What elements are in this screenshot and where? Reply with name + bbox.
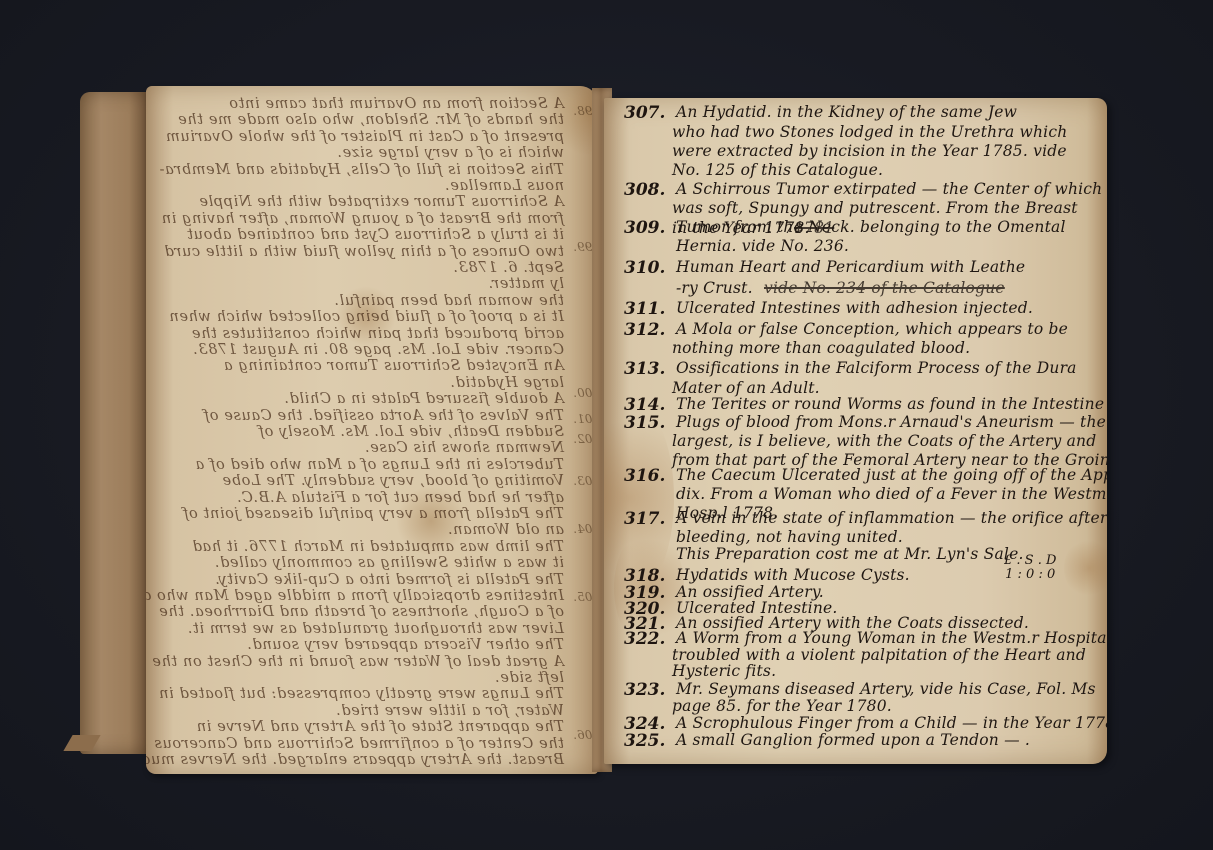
entry-text-line: dix. From a Woman who died of a Fever in… [676, 485, 1107, 503]
entry-text-line: Hydatids with Mucose Cysts. [676, 566, 910, 584]
left-page-line: Liver was throughout granulated as we te… [180, 621, 564, 637]
left-page-line: the woman had been painful. [180, 293, 564, 309]
entry-text-line: A Worm from a Young Woman in the Westm.r… [676, 629, 1107, 647]
cost-annotation: £ . S . D 1 : 0 : 0 [1004, 554, 1056, 582]
left-page-line: The limb was amputated in March 1776. it… [180, 539, 564, 555]
cost-value: 1 : 0 : 0 [1004, 568, 1056, 582]
entry-number: 312. [624, 320, 672, 340]
left-page-line: which is of a very large size. [180, 145, 564, 161]
book-cover-edge [80, 92, 150, 754]
left-page-line: acrid produced that pain which constitut… [180, 326, 564, 342]
entry-text-line: This Preparation cost me at Mr. Lyn's Sa… [676, 545, 1024, 563]
left-page-line: it was a white Swelling as commonly call… [180, 555, 564, 571]
left-page: 298.299.300.301.302.303.304.305.306. A S… [146, 86, 598, 774]
entry-text-line: Plugs of blood from Mons.r Arnaud's Aneu… [676, 413, 1106, 431]
entry-number: 308. [624, 180, 672, 200]
left-page-line: A double fissured Palate in a Child. [180, 391, 564, 407]
left-page-line: of a Cough, shortness of breath and Diar… [180, 604, 564, 620]
entry-number: 313. [624, 359, 672, 379]
entry-number: 322. [624, 629, 672, 649]
left-page-line: Intestines dropsically from a middle age… [180, 588, 564, 604]
left-page-line: the Center of a confirmed Schirrous and … [180, 736, 564, 752]
entry-text-line: -ry Crust. [676, 279, 753, 297]
left-page-line: Breast. the Artery appears enlarged. the… [180, 752, 564, 768]
mirrored-text-block: 298.299.300.301.302.303.304.305.306. A S… [146, 86, 598, 774]
entry-number: 316. [624, 466, 672, 486]
entry-text-line: were extracted by incision in the Year 1… [672, 142, 1067, 160]
entry-text-line: page 85. for the Year 1780. [672, 697, 892, 715]
left-page-line: Sudden Death, vide Lol. Ms. Mosely of [180, 424, 564, 440]
entry-number: 309. [624, 218, 672, 238]
entry-text-line: A small Ganglion formed upon a Tendon — … [676, 731, 1030, 749]
entry-text-line: who had two Stones lodged in the Urethra… [672, 123, 1067, 141]
entry-text-line: largest, is I believe, with the Coats of… [672, 432, 1096, 450]
entry-text-line: An Hydatid. in the Kidney of the same Je… [676, 103, 1017, 121]
entry-text-line: A vein in the state of inflammation — th… [676, 509, 1107, 527]
left-page-line: The apparent State of the Artery and Ner… [180, 719, 564, 735]
left-page-line: This Section is full of Cells, Hydatids … [180, 162, 564, 178]
entry-text-line: Human Heart and Pericardium with Leathe [676, 258, 1025, 276]
left-page-line: Cancer. vide Lol. Ms. page 80. in August… [180, 342, 564, 358]
entry-text-line: The Caecum Ulcerated just at the going o… [676, 466, 1107, 484]
struck-out-text: vide No. 234 of the Catalogue [764, 279, 1005, 297]
left-page-line: Tubercles in the Lungs of a Man who died… [180, 457, 564, 473]
left-page-line: present of a Cast in Plaister of the who… [180, 129, 564, 145]
entry-text-line: No. 125 of this Catalogue. [672, 161, 883, 179]
right-page: 307.An Hydatid. in the Kidney of the sam… [604, 98, 1107, 764]
left-page-line: The Patella is formed into a Cup-like Ca… [180, 572, 564, 588]
entry-number: 314. [624, 395, 672, 415]
entry-text-line: was soft, Spungy and putrescent. From th… [672, 199, 1078, 217]
left-page-line: it is truly a Schirrous Cyst and contain… [180, 227, 564, 243]
entry-text-line: nothing more than coagulated blood. [672, 339, 970, 357]
entry-number: 325. [624, 731, 672, 751]
entry-number: 317. [624, 509, 672, 529]
left-page-line: left side. [180, 670, 564, 686]
left-page-line: The Patella from a very painful diseased… [180, 506, 564, 522]
left-page-line: Sept. 6. 1783. [180, 260, 564, 276]
entry-text-line: Tumor from the Neck. belonging to the Om… [676, 218, 1066, 236]
left-page-line: A Schirrous Tumor extirpated with the Ni… [180, 194, 564, 210]
entry-text-line: A Scrophulous Finger from a Child — in t… [676, 714, 1107, 732]
entry-text-line: Hysteric fits. [672, 662, 776, 680]
cost-header: £ . S . D [1004, 554, 1056, 568]
entry-number: 307. [624, 103, 672, 123]
entry-text-line: Ossifications in the Falciform Process o… [676, 359, 1077, 377]
entry-text-line: bleeding, not having united. [676, 528, 903, 546]
left-page-line: An Encysted Schirrous Tumor containing a [180, 358, 564, 374]
entry-number: 311. [624, 299, 672, 319]
left-page-line: Newman shows his Case. [180, 440, 564, 456]
entry-text-line: A Mola or false Conception, which appear… [676, 320, 1068, 338]
left-page-line: Vomiting of blood, very suddenly. The Lo… [180, 473, 564, 489]
left-page-line: It is a proof of a fluid being collected… [180, 309, 564, 325]
left-page-line: The Valves of the Aorta ossified. the Ca… [180, 408, 564, 424]
entry-text-line: The Terites or round Worms as found in t… [676, 395, 1104, 413]
entry-text-line: Hernia. vide No. 236. [676, 237, 849, 255]
entry-number: 323. [624, 680, 672, 700]
entry-text-line: A Schirrous Tumor extirpated — the Cente… [676, 180, 1102, 198]
left-page-line: The other Viscera appeared very sound. [180, 637, 564, 653]
left-page-line: A great deal of Water was found in the C… [180, 654, 564, 670]
left-page-line: Water, for a little were tried. [180, 703, 564, 719]
left-page-line: the hands of Mr. Sheldon, who also made … [180, 112, 564, 128]
left-page-line: ly matter. [180, 276, 564, 292]
left-page-line: after he had been cut for a Fistula A.B.… [180, 490, 564, 506]
entry-text-line: Mr. Seymans diseased Artery, vide his Ca… [676, 680, 1096, 698]
entry-text-line: Ulcerated Intestines with adhesion injec… [676, 299, 1033, 317]
left-page-line: from the Breast of a young Woman, after … [180, 211, 564, 227]
left-page-line: nous Lamellae. [180, 178, 564, 194]
entry-number: 315. [624, 413, 672, 433]
open-manuscript-book: 298.299.300.301.302.303.304.305.306. A S… [0, 0, 1213, 850]
left-page-line: an old Woman. [180, 522, 564, 538]
left-page-line: A Section from an Ovarium that came into [180, 96, 564, 112]
foxing-stain [1064, 538, 1107, 598]
left-page-line: two Ounces of a thin yellow fluid with a… [180, 244, 564, 260]
left-page-line: large Hydatid. [180, 375, 564, 391]
left-page-line: The Lungs were greatly compressed: but f… [180, 686, 564, 702]
entry-number: 310. [624, 258, 672, 278]
